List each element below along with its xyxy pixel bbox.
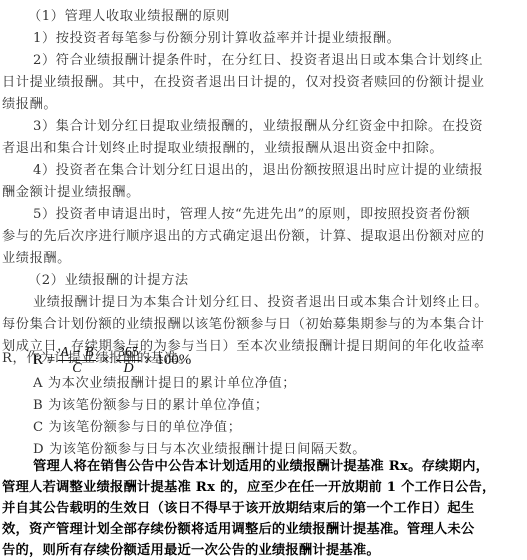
fraction-numerator: A − B <box>58 345 95 361</box>
paragraph-line: 参与的先后次序进行顺序退出的方式确定退出份额，计算、提取退出份额对应的 <box>2 228 485 246</box>
paragraph-line: 2）符合业绩报酬计提条件时，在分红日、投资者退出日或本集合计划终止 <box>33 52 483 70</box>
paragraph-line: 5）投资者申请退出时，管理人按“先进先出”的原则，即按照投资者份额 <box>33 206 470 224</box>
fraction-denominator: C <box>72 361 81 376</box>
formula-tail: × 100% <box>144 352 191 369</box>
paragraph-line: 酬金额计提业绩报酬。 <box>2 184 140 202</box>
bold-paragraph-line: 管理人将在销售公告中公告本计划适用的业绩报酬计提基准 Rx。存续期内， <box>33 458 489 476</box>
paragraph-line: （1）管理人收取业绩报酬的原则 <box>28 8 230 26</box>
paragraph-line: 日计提业绩报酬。其中，在投资者退出日计提的，仅对投资者赎回的份额计提业 <box>2 74 485 92</box>
fraction-denominator: D <box>123 361 133 376</box>
paragraph-line: 绩报酬。 <box>2 96 57 114</box>
paragraph-line: 每份集合计划份额的业绩报酬以该笔份额参与日（初始募集期参与的为本集合计 <box>2 316 485 334</box>
fraction-365-over-d: 365 D <box>116 345 141 376</box>
bold-paragraph-line: 并自其公告载明的生效日（该日不得早于该开放期结束后的第一个工作日）起生 <box>2 500 474 518</box>
formula-lhs: R = <box>33 352 55 369</box>
paragraph-line: 业绩报酬。 <box>2 250 71 268</box>
definition-line: A 为本次业绩报酬计提日的累计单位净值； <box>33 375 296 393</box>
paragraph-line: （2）业绩报酬的计提方法 <box>28 272 189 290</box>
paragraph-line: 3）集合计划分红日提取业绩报酬的，业绩报酬从分红资金中扣除。在投资 <box>33 118 483 136</box>
definition-line: C 为该笔份额参与日的单位净值； <box>33 419 242 437</box>
multiply-sign: × <box>102 352 110 369</box>
performance-fee-formula: R = A − B C × 365 D × 100% <box>33 343 191 377</box>
bold-paragraph-line: 效，资产管理计划全部存续份额将适用调整后的业绩报酬计提基准。管理人未公 <box>2 521 474 539</box>
paragraph-line: 业绩报酬计提日为本集合计划分红日、投资者退出日或本集合计划终止日。 <box>33 294 488 312</box>
fraction-a-minus-b-over-c: A − B C <box>58 345 95 376</box>
definition-line: D 为该笔份额参与日与本次业绩报酬计提日间隔天数。 <box>33 441 366 459</box>
paragraph-line: 4）投资者在集合计划分红日退出的，退出份额按照退出时应计提的业绩报 <box>33 162 483 180</box>
bold-paragraph-line: 告的，则所有存续份额适用最近一次公告的业绩报酬计提基准。 <box>2 542 380 560</box>
paragraph-line: 1）按投资者每笔参与份额分别计算收益率并计提业绩报酬。 <box>33 30 400 48</box>
paragraph-line: 者退出和集合计划终止时提取业绩报酬的，业绩报酬从退出资金中扣除。 <box>2 140 443 158</box>
bold-paragraph-line: 管理人若调整业绩报酬计提基准 Rx 的，应至少在任一开放期前 1 个工作日公告， <box>2 479 496 497</box>
fraction-numerator: 365 <box>116 345 141 361</box>
definition-line: B 为该笔份额参与日的累计单位净值； <box>33 397 269 415</box>
